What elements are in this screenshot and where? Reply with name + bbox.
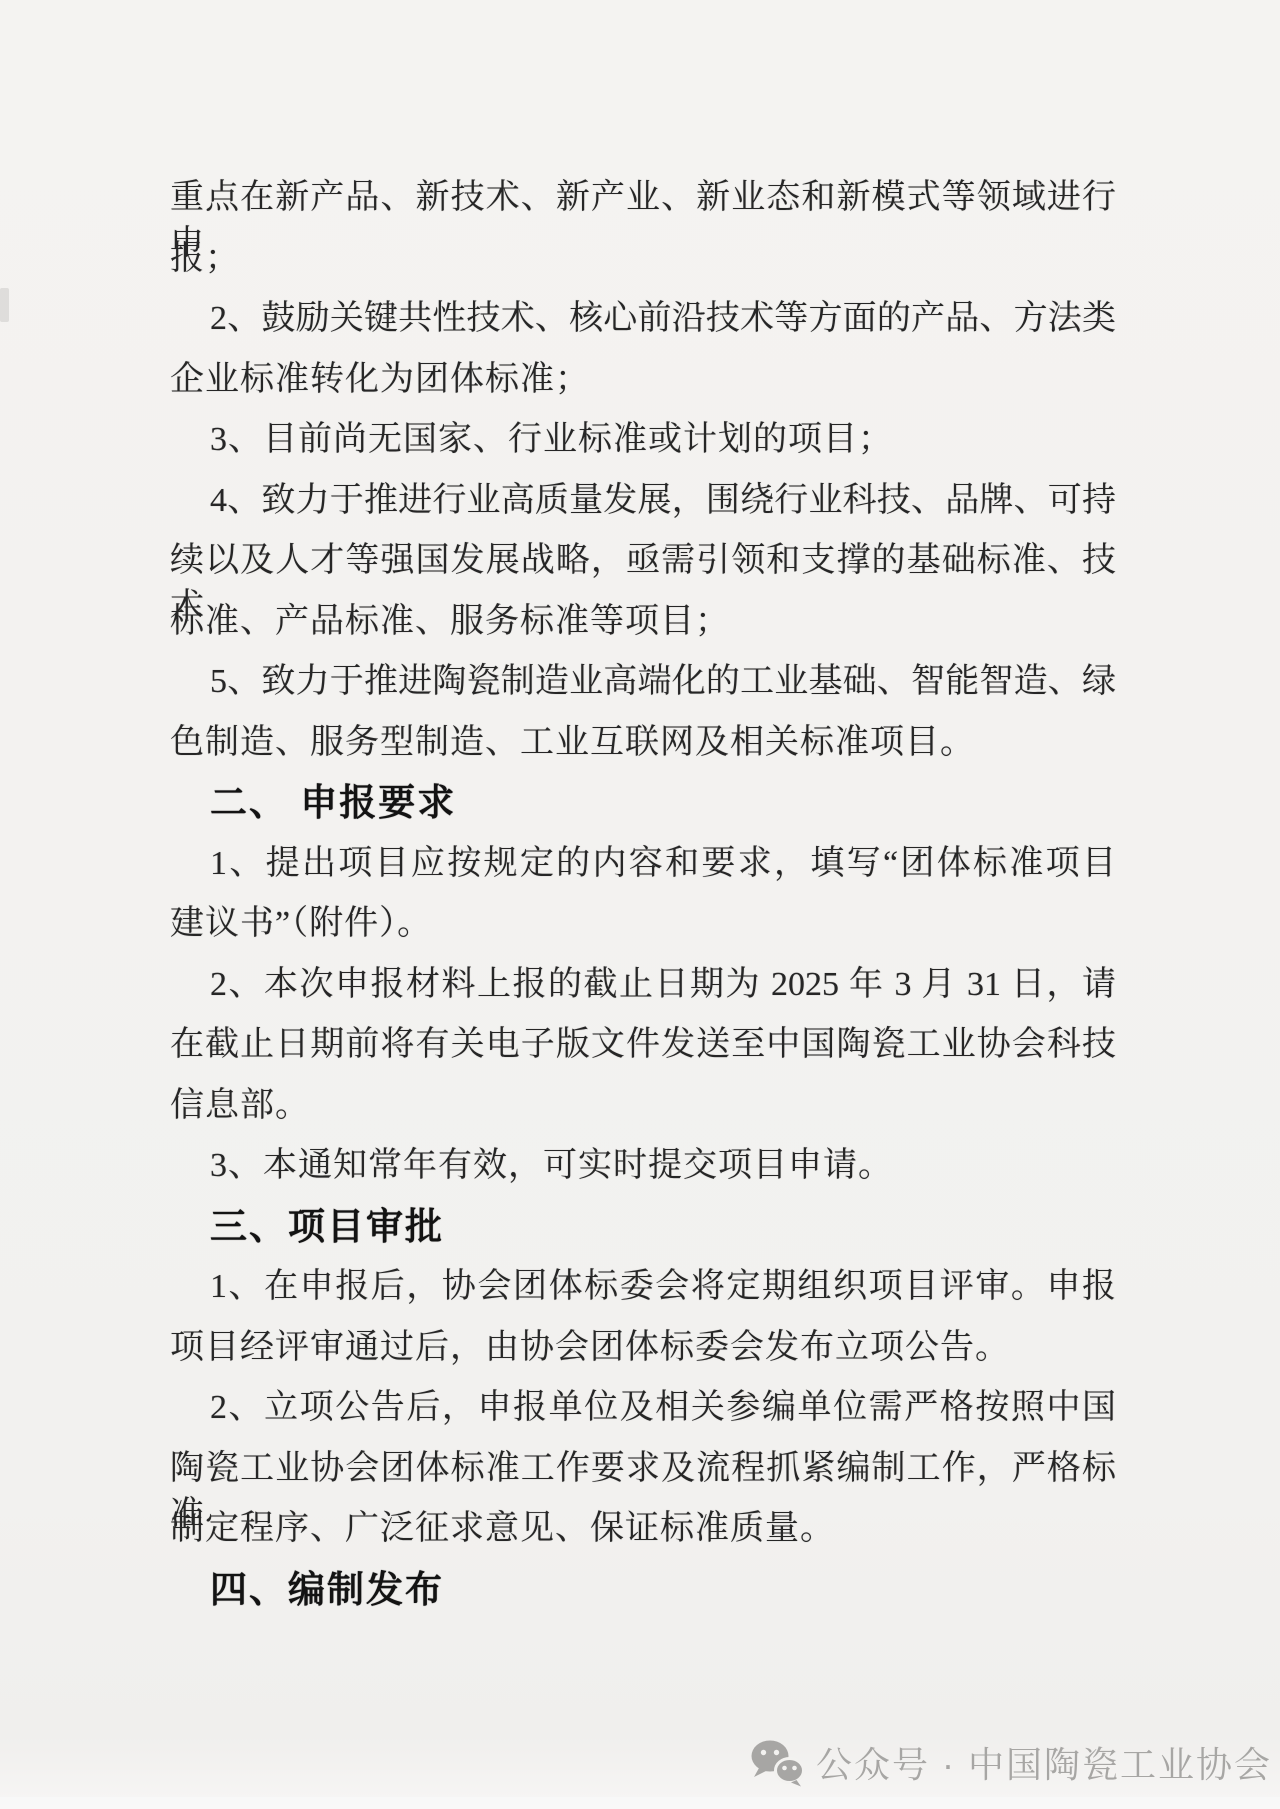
scan-edge xyxy=(0,1797,1280,1809)
document-line: 重点在新产品、新技术、新产业、新业态和新模式等领域进行申 xyxy=(170,175,1116,223)
document-page: 重点在新产品、新技术、新产业、新业态和新模式等领域进行申报；2、鼓励关键共性技术… xyxy=(0,0,1280,1809)
document-line: 3、目前尚无国家、行业标准或计划的项目； xyxy=(170,417,1116,465)
document-line: 2、本次申报材料上报的截止日期为 2025 年 3 月 31 日，请 xyxy=(170,962,1116,1010)
section-heading: 二、 申报要求 xyxy=(170,780,1116,828)
wechat-icon xyxy=(750,1739,804,1787)
document-line: 信息部。 xyxy=(170,1083,1116,1131)
document-line: 色制造、服务型制造、工业互联网及相关标准项目。 xyxy=(170,720,1116,768)
wechat-public-account-footer: 公众号 · 中国陶瓷工业协会 xyxy=(750,1737,1272,1788)
document-line: 在截止日期前将有关电子版文件发送至中国陶瓷工业协会科技 xyxy=(170,1022,1116,1070)
document-line: 项目经评审通过后，由协会团体标委会发布立项公告。 xyxy=(170,1325,1116,1373)
section-heading: 四、编制发布 xyxy=(170,1567,1116,1615)
document-line: 4、致力于推进行业高质量发展，围绕行业科技、品牌、可持 xyxy=(170,478,1116,526)
document-line: 建议书”（附件）。 xyxy=(170,901,1116,949)
document-line: 标准、产品标准、服务标准等项目； xyxy=(170,599,1116,647)
document-line: 制定程序、广泛征求意见、保证标准质量。 xyxy=(170,1506,1116,1554)
scan-artifact xyxy=(0,288,9,322)
document-line: 企业标准转化为团体标准； xyxy=(170,357,1116,405)
document-line: 陶瓷工业协会团体标准工作要求及流程抓紧编制工作，严格标准 xyxy=(170,1446,1116,1494)
document-line: 1、提出项目应按规定的内容和要求，填写“团体标准项目 xyxy=(170,841,1116,889)
document-line: 续以及人才等强国发展战略，亟需引领和支撑的基础标准、技术 xyxy=(170,538,1116,586)
document-line: 2、立项公告后，申报单位及相关参编单位需严格按照中国 xyxy=(170,1385,1116,1433)
document-line: 报； xyxy=(170,236,1116,284)
document-line: 5、致力于推进陶瓷制造业高端化的工业基础、智能智造、绿 xyxy=(170,659,1116,707)
document-line: 2、鼓励关键共性技术、核心前沿技术等方面的产品、方法类 xyxy=(170,296,1116,344)
document-line: 3、本通知常年有效，可实时提交项目申请。 xyxy=(170,1143,1116,1191)
document-line: 1、在申报后，协会团体标委会将定期组织项目评审。申报 xyxy=(170,1264,1116,1312)
section-heading: 三、项目审批 xyxy=(170,1204,1116,1252)
footer-label: 公众号 · 中国陶瓷工业协会 xyxy=(816,1737,1272,1788)
